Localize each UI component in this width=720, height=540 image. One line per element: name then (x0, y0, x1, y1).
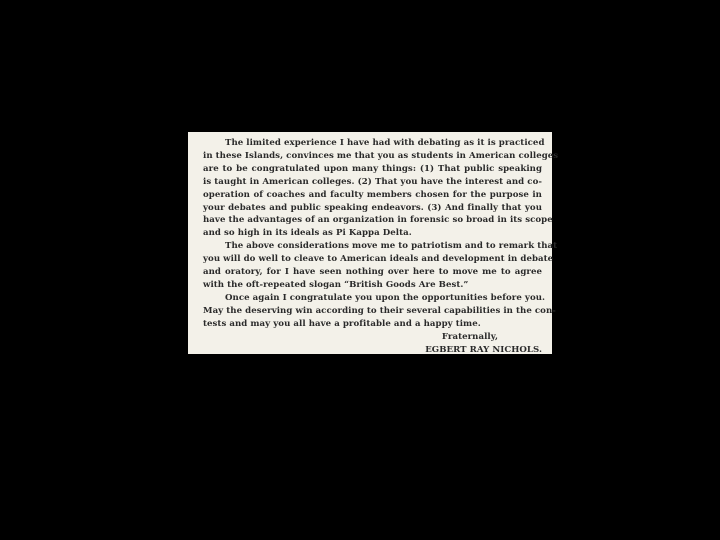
text-line: you will do well to cleave to American i… (203, 253, 542, 266)
text-line: is taught in American colleges. (2) That… (203, 176, 542, 189)
text-line: with the oft-repeated slogan “British Go… (203, 279, 542, 292)
text-line: have the advantages of an organization i… (203, 214, 542, 227)
text-line: The limited experience I have had with d… (203, 137, 542, 150)
text-line: and so high in its ideals as Pi Kappa De… (203, 227, 542, 240)
text-line: your debates and public speaking endeavo… (203, 202, 542, 215)
paragraph-2: The above considerations move me to patr… (203, 240, 542, 292)
text-line: in these Islands, convinces me that you … (203, 150, 542, 163)
text-line: Once again I congratulate you upon the o… (203, 292, 542, 305)
signature: EGBERT RAY NICHOLS. (203, 344, 542, 357)
closing-salutation: Fraternally, (203, 331, 542, 344)
paragraph-1: The limited experience I have had with d… (203, 137, 542, 240)
text-line: and oratory, for I have seen nothing ove… (203, 266, 542, 279)
text-line: May the deserving win according to their… (203, 305, 542, 318)
text-line: The above considerations move me to patr… (203, 240, 542, 253)
text-line: operation of coaches and faculty members… (203, 189, 542, 202)
document-page: The limited experience I have had with d… (188, 132, 552, 354)
paragraph-3: Once again I congratulate you upon the o… (203, 292, 542, 331)
text-line: tests and may you all have a profitable … (203, 318, 542, 331)
text-line: are to be congratulated upon many things… (203, 163, 542, 176)
